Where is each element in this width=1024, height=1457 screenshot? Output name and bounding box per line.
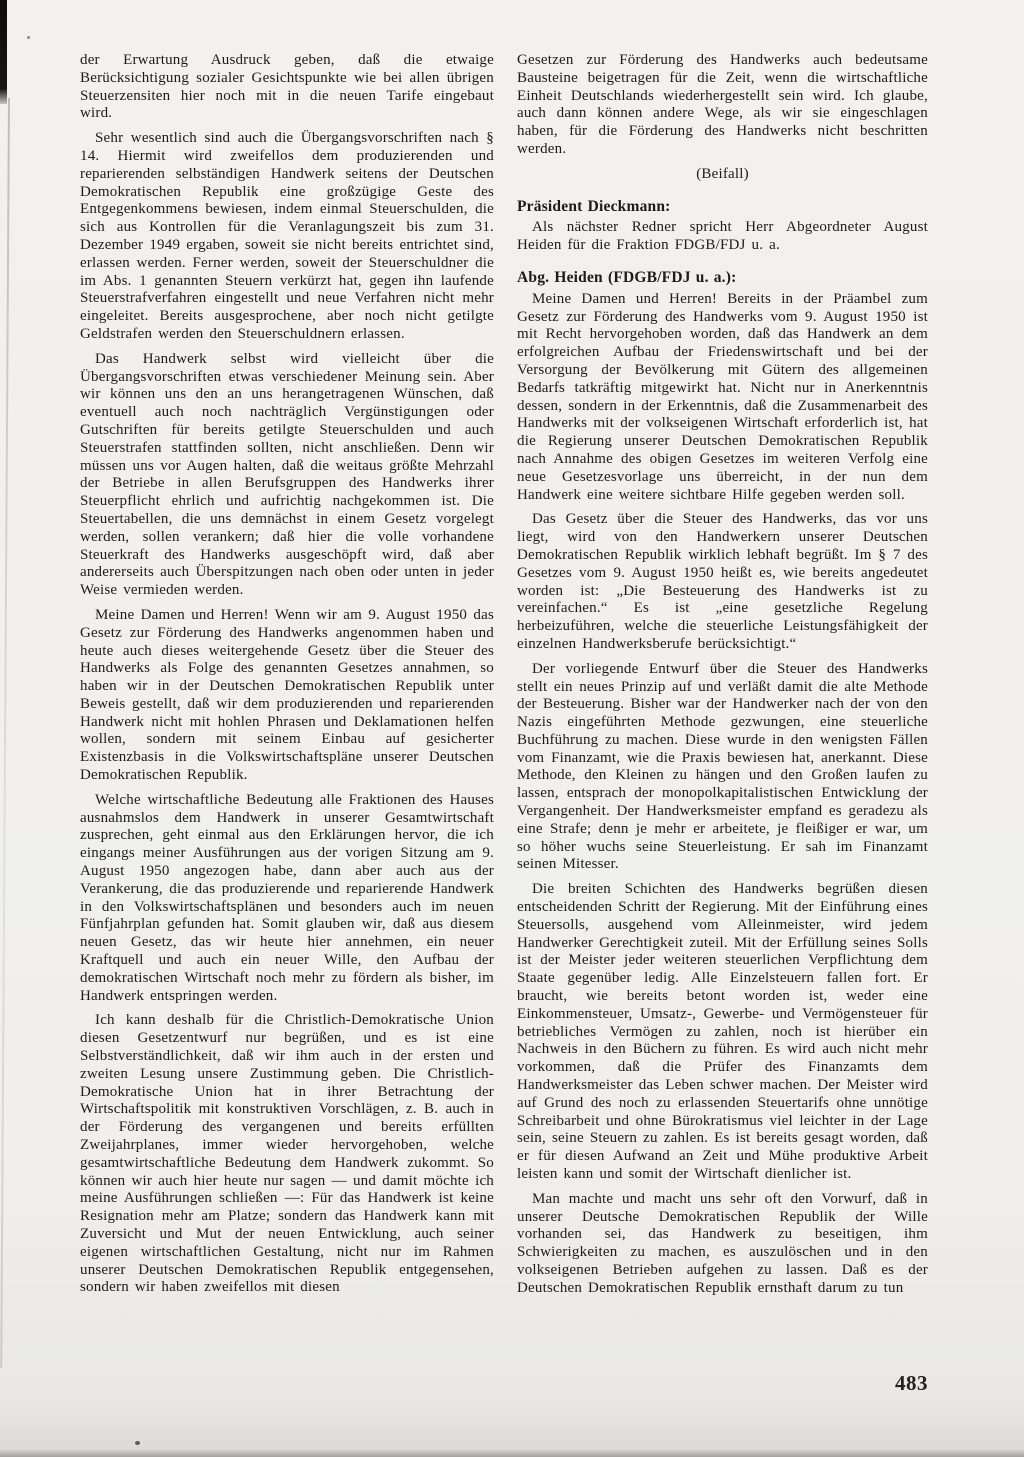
scan-fold-line (0, 98, 10, 1368)
body-paragraph: Der vorliegende Entwurf über die Steuer … (517, 661, 928, 875)
stage-direction-applause: (Beifall) (517, 166, 928, 184)
body-paragraph: der Erwartung Ausdruck geben, daß die et… (80, 52, 494, 123)
speaker-heading-president-dieckmann: Präsident Dieckmann: (517, 198, 928, 216)
scan-bottom-edge (0, 1450, 1024, 1457)
body-paragraph: Welche wirtschaftliche Bedeutung alle Fr… (80, 792, 494, 1006)
body-paragraph: Als nächster Redner spricht Herr Abgeord… (517, 219, 928, 255)
body-paragraph: Das Handwerk selbst wird vielleicht über… (80, 351, 494, 600)
text-column-left: der Erwartung Ausdruck geben, daß die et… (80, 52, 494, 1304)
scan-edge-artifact (0, 0, 7, 104)
page-number: 483 (870, 1371, 928, 1396)
body-paragraph: Das Gesetz über die Steuer des Handwerks… (517, 511, 928, 653)
body-paragraph: Man machte und macht uns sehr oft den Vo… (517, 1191, 928, 1298)
text-column-right: Gesetzen zur Förderung des Handwerks auc… (517, 52, 928, 1305)
body-paragraph: Gesetzen zur Förderung des Handwerks auc… (517, 52, 928, 159)
body-paragraph: Sehr wesentlich sind auch die Übergangsv… (80, 130, 494, 344)
speaker-heading-abg-heiden: Abg. Heiden (FDGB/FDJ u. a.): (517, 269, 928, 287)
document-page: { "document": { "page_number": "483" }, … (0, 0, 1024, 1457)
body-paragraph: Meine Damen und Herren! Bereits in der P… (517, 291, 928, 505)
ink-speck (27, 36, 30, 39)
body-paragraph: Die breiten Schichten des Handwerks begr… (517, 881, 928, 1184)
ink-speck (135, 1441, 140, 1445)
body-paragraph: Ich kann deshalb für die Christlich-Demo… (80, 1012, 494, 1297)
body-paragraph: Meine Damen und Herren! Wenn wir am 9. A… (80, 607, 494, 785)
